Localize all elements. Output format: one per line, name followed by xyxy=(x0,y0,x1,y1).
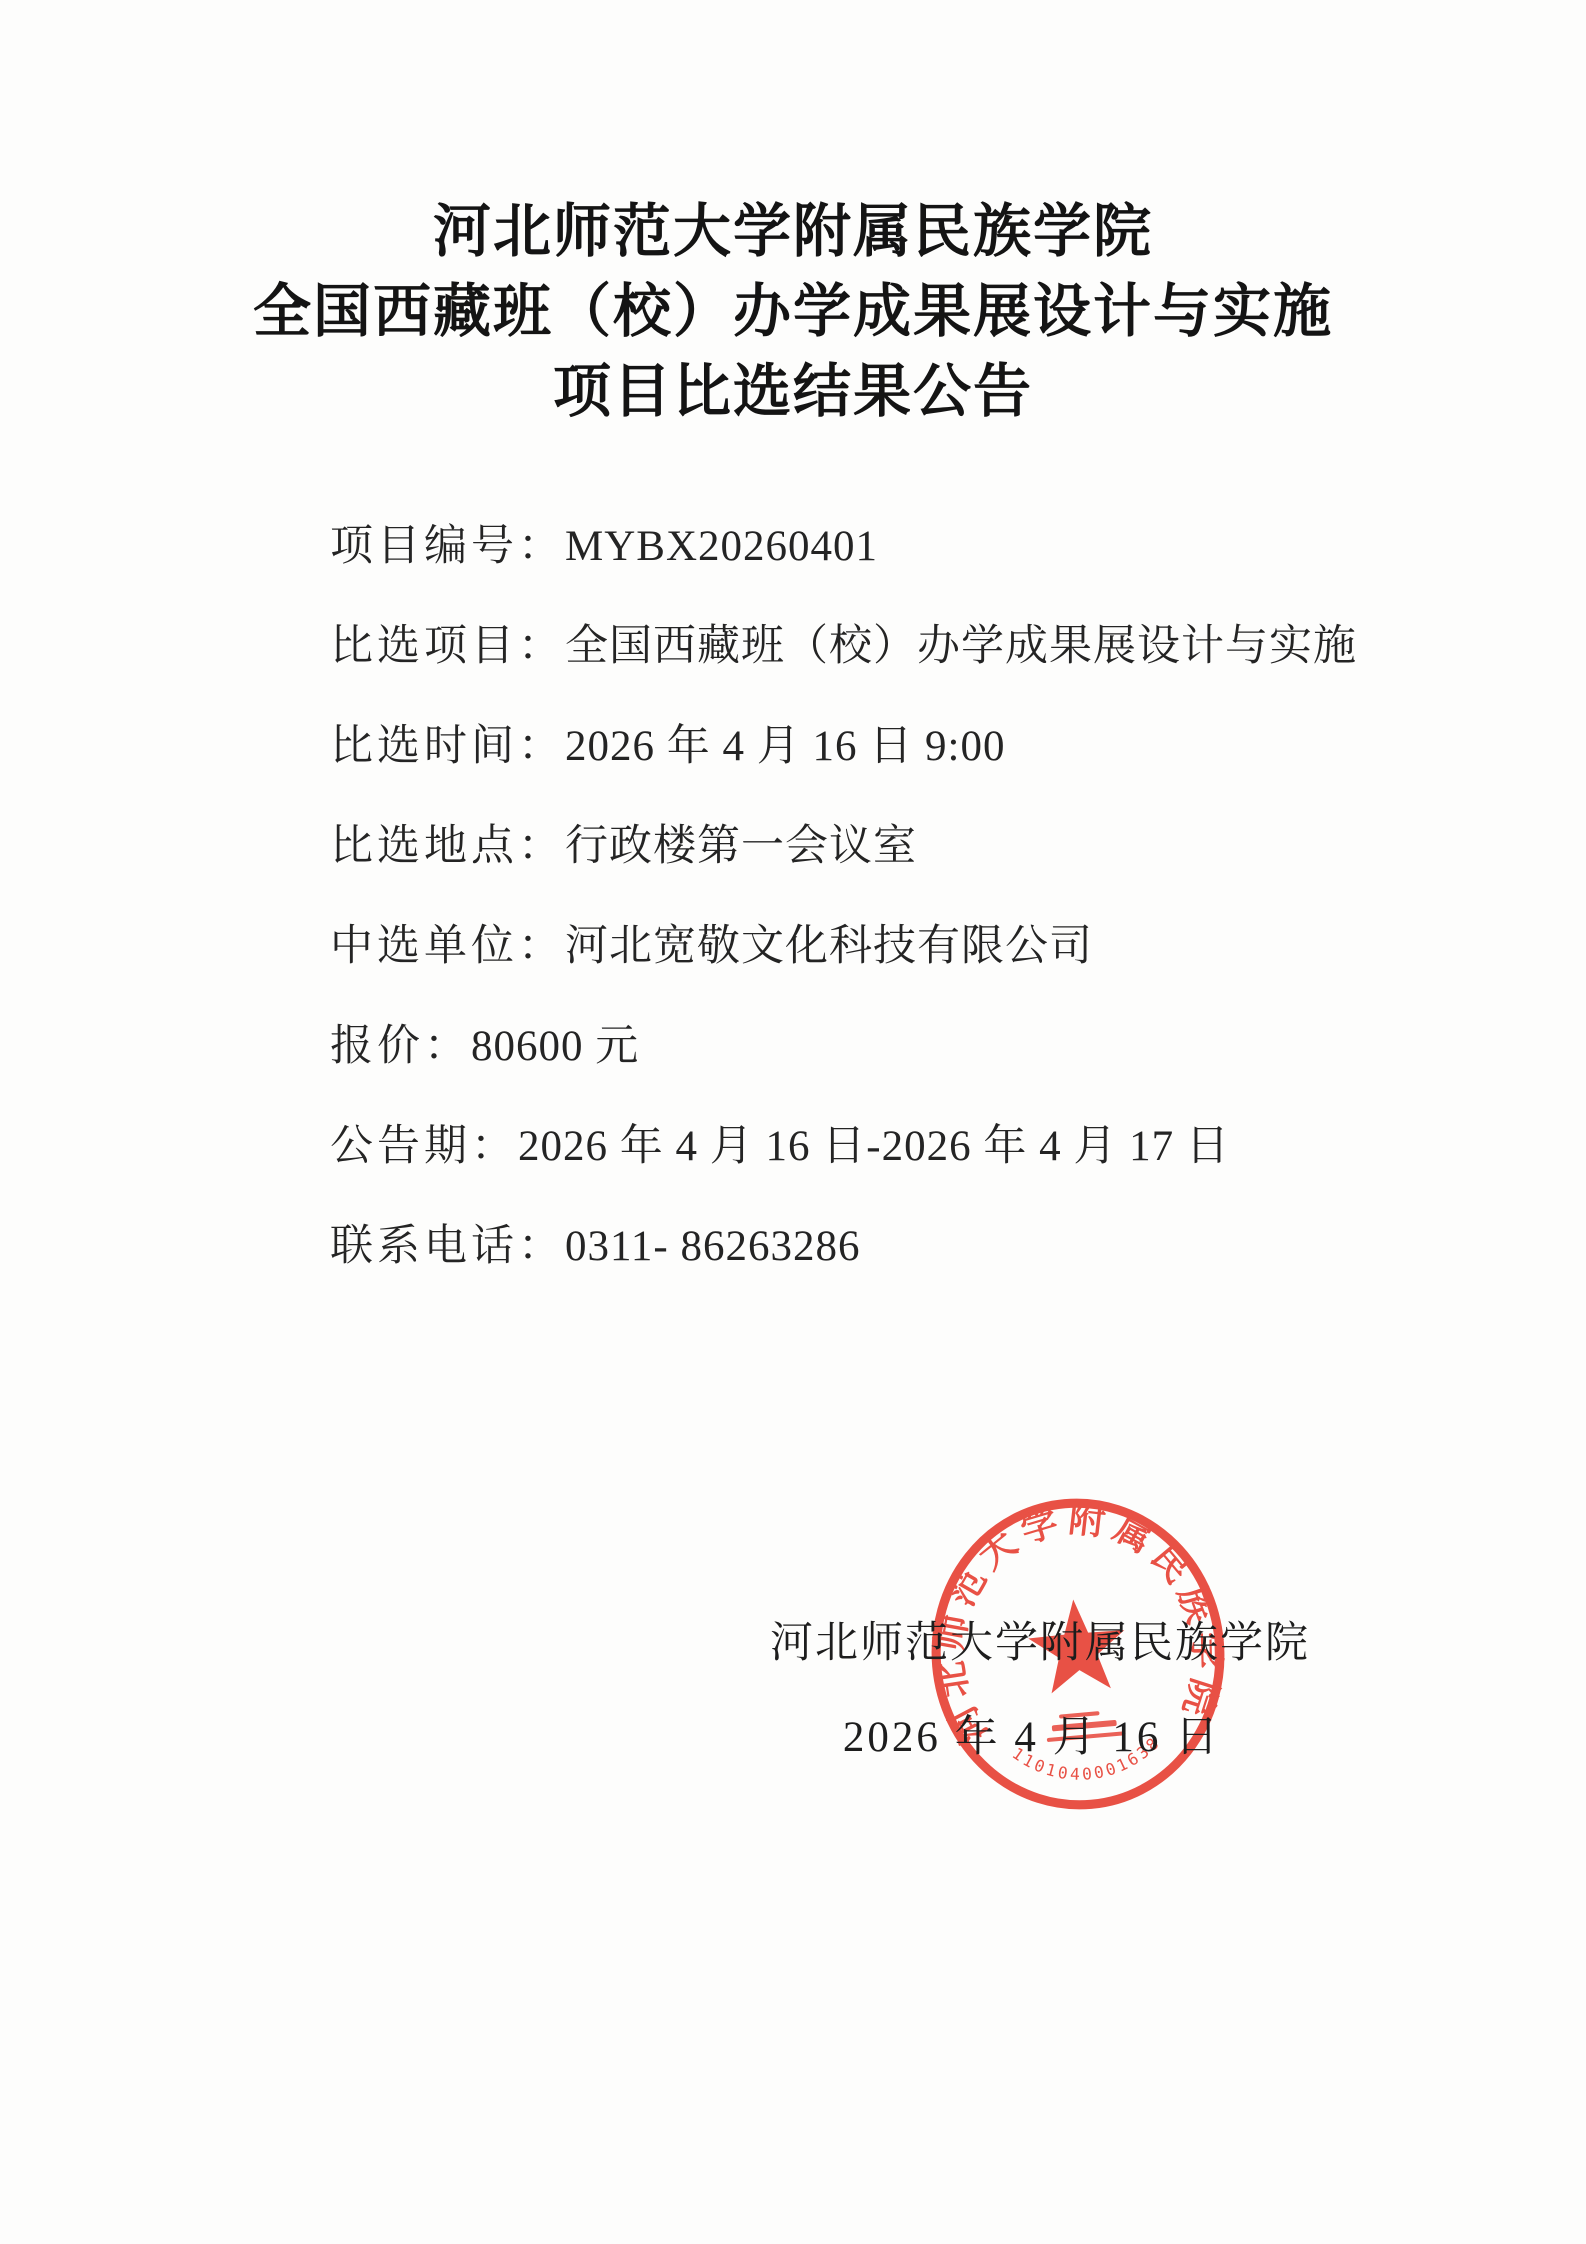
field-winning-unit: 中选单位：河北宽敬文化科技有限公司 xyxy=(330,897,1466,997)
field-selection-place: 比选地点：行政楼第一会议室 xyxy=(330,797,1466,897)
field-value: 0311- 86263286 xyxy=(565,1223,860,1270)
field-project-name: 比选项目：全国西藏班（校）办学成果展设计与实施 xyxy=(330,597,1466,697)
title-line-1: 河北师范大学附属民族学院 xyxy=(0,192,1586,272)
field-contact-phone: 联系电话：0311- 86263286 xyxy=(330,1197,1466,1297)
field-value: 行政楼第一会议室 xyxy=(565,823,917,870)
field-selection-time: 比选时间：2026 年 4 月 16 日 9:00 xyxy=(330,697,1466,797)
signature-date: 2026 年 4 月 16 日 xyxy=(732,1712,1332,1764)
field-label: 联系电话： xyxy=(330,1223,565,1270)
field-value: 80600 元 xyxy=(471,1023,639,1070)
title-line-2: 全国西藏班（校）办学成果展设计与实施 xyxy=(0,272,1586,352)
field-price: 报价：80600 元 xyxy=(330,997,1466,1097)
field-label: 公告期： xyxy=(330,1123,518,1170)
title-line-3: 项目比选结果公告 xyxy=(0,352,1586,432)
field-label: 比选时间： xyxy=(330,723,565,770)
field-value: 河北宽敬文化科技有限公司 xyxy=(565,923,1093,970)
field-label: 比选项目： xyxy=(330,623,565,670)
field-value: 2026 年 4 月 16 日-2026 年 4 月 17 日 xyxy=(518,1123,1230,1170)
field-label: 中选单位： xyxy=(330,923,565,970)
field-announcement-period: 公告期：2026 年 4 月 16 日-2026 年 4 月 17 日 xyxy=(330,1097,1466,1197)
field-label: 报价： xyxy=(330,1023,471,1070)
field-value: 全国西藏班（校）办学成果展设计与实施 xyxy=(565,623,1357,670)
announcement-document: 河北师范大学附属民族学院 全国西藏班（校）办学成果展设计与实施 项目比选结果公告… xyxy=(0,0,1586,2244)
signature-org: 河北师范大学附属民族学院 xyxy=(740,1618,1340,1670)
document-title: 河北师范大学附属民族学院 全国西藏班（校）办学成果展设计与实施 项目比选结果公告 xyxy=(0,192,1586,432)
field-label: 项目编号： xyxy=(330,523,565,570)
field-list: 项目编号：MYBX20260401 比选项目：全国西藏班（校）办学成果展设计与实… xyxy=(330,497,1466,1297)
field-value: 2026 年 4 月 16 日 9:00 xyxy=(565,723,1005,770)
field-value: MYBX20260401 xyxy=(565,523,878,570)
field-project-number: 项目编号：MYBX20260401 xyxy=(330,497,1466,597)
field-label: 比选地点： xyxy=(330,823,565,870)
